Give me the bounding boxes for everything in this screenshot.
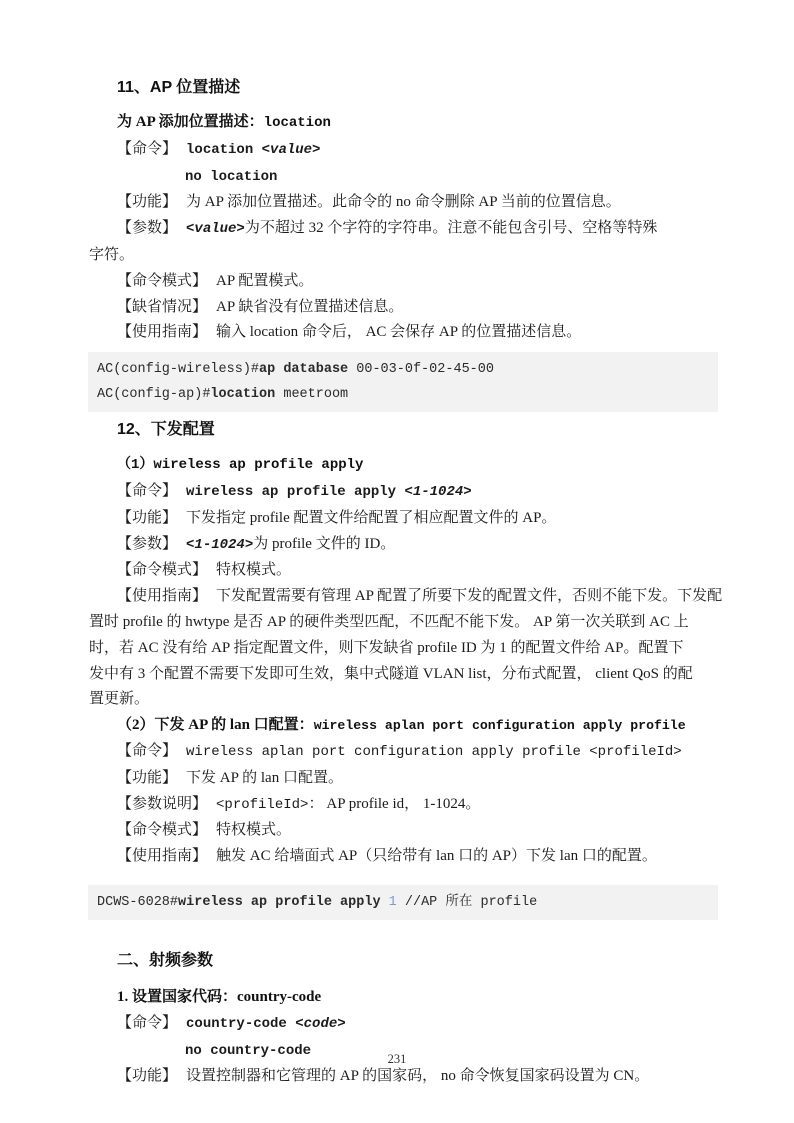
command-label: 【命令】 <box>117 483 177 499</box>
usage-guide-label: 【使用指南】 <box>117 848 207 864</box>
usage-guide-label: 【使用指南】 <box>117 588 207 604</box>
item-1-title-text: （1）wireless ap profile apply <box>117 457 363 473</box>
cli-argument: 00-03-0f-02-45-00 <box>356 362 494 377</box>
command-label: 【命令】 <box>117 1015 177 1031</box>
code-line: AC(config-ap)#location meetroom <box>97 382 712 407</box>
document-page: 11、AP 位置描述 为 AP 添加位置描述：location 【命令】loca… <box>0 0 794 1123</box>
command-mode-line: 【命令模式】特权模式。 <box>89 558 731 584</box>
usage-guide-line-2: 置时 profile 的 hwtype 是否 AP 的硬件类型匹配，不匹配不能下… <box>89 610 731 636</box>
usage-guide-text: 时，若 AC 没有给 AP 指定配置文件，则下发缺省 profile ID 为 … <box>89 640 683 656</box>
parameter-value: <profileId> <box>216 797 308 813</box>
command-mode-label: 【命令模式】 <box>117 273 207 289</box>
country-code-title: 1. 设置国家代码：country-code <box>89 985 731 1011</box>
parameter-value: <1-1024> <box>186 537 253 553</box>
function-label: 【功能】 <box>117 1068 177 1084</box>
usage-guide-label: 【使用指南】 <box>117 324 207 340</box>
parameter-label: 【参数】 <box>117 220 177 236</box>
command-line-country-code: 【命令】country-code <code> <box>89 1011 731 1038</box>
command-no-form-location: no location <box>89 164 731 191</box>
usage-guide-text: 置时 profile 的 hwtype 是否 AP 的硬件类型匹配，不匹配不能下… <box>89 614 689 630</box>
function-label: 【功能】 <box>117 510 177 526</box>
command-text: wireless ap profile apply <box>186 484 404 500</box>
command-line-profile-apply: 【命令】wireless ap profile apply <1-1024> <box>89 479 731 506</box>
command-mode-text: AP 配置模式。 <box>216 273 313 289</box>
parameter-line: 【参数】<1-1024>为 profile 文件的 ID。 <box>89 532 731 559</box>
command-line-location: 【命令】location <value> <box>89 137 731 164</box>
cli-comment: //AP 所在 profile <box>397 895 537 910</box>
parameter-text: 为不超过 32 个字符的字符串。注意不能包含引号、空格等特殊 <box>245 220 658 236</box>
country-code-title-command: country-code <box>237 989 321 1005</box>
parameter-label: 【参数说明】 <box>117 796 207 812</box>
section-11-heading: 11、AP 位置描述 <box>89 74 731 101</box>
default-line: 【缺省情况】AP 缺省没有位置描述信息。 <box>89 295 731 321</box>
parameter-line: 【参数】<value>为不超过 32 个字符的字符串。注意不能包含引号、空格等特… <box>89 216 731 243</box>
usage-guide-line-5: 置更新。 <box>89 687 731 713</box>
usage-guide-text: 输入 location 命令后， AC 会保存 AP 的位置描述信息。 <box>216 324 581 340</box>
subtitle-command-text: location <box>264 115 331 131</box>
cli-prompt: DCWS-6028# <box>97 895 178 910</box>
command-mode-line: 【命令模式】AP 配置模式。 <box>89 269 731 295</box>
usage-guide-line-4: 发中有 3 个配置不需要下发即可生效，集中式隧道 VLAN list，分布式配置… <box>89 662 731 688</box>
usage-guide-line: 【使用指南】触发 AC 给墙面式 AP（只给带有 lan 口的 AP）下发 la… <box>89 844 731 870</box>
cli-command: location <box>210 387 283 402</box>
code-line: DCWS-6028#wireless ap profile apply 1 //… <box>97 890 712 915</box>
default-label: 【缺省情况】 <box>117 299 207 315</box>
function-text: 下发 AP 的 lan 口配置。 <box>186 770 343 786</box>
cli-prompt: AC(config-wireless)# <box>97 362 259 377</box>
parameter-text: ： AP profile id， 1-1024。 <box>308 796 480 812</box>
usage-guide-line-3: 时，若 AC 没有给 AP 指定配置文件，则下发缺省 profile ID 为 … <box>89 636 731 662</box>
country-code-title-cjk: 1. 设置国家代码： <box>117 989 237 1005</box>
command-param: <1-1024> <box>404 484 471 500</box>
command-mode-text: 特权模式。 <box>216 822 291 838</box>
usage-guide-text: 下发配置需要有管理 AP 配置了所要下发的配置文件，否则不能下发。下发配 <box>216 588 722 604</box>
command-text: location <box>186 142 262 158</box>
usage-guide-text: 触发 AC 给墙面式 AP（只给带有 lan 口的 AP）下发 lan 口的配置… <box>216 848 657 864</box>
function-line: 【功能】下发 AP 的 lan 口配置。 <box>89 766 731 792</box>
command-mode-line: 【命令模式】特权模式。 <box>89 818 731 844</box>
function-line: 【功能】为 AP 添加位置描述。此命令的 no 命令删除 AP 当前的位置信息。 <box>89 190 731 216</box>
section-11-subtitle: 为 AP 添加位置描述：location <box>89 110 731 137</box>
command-param: <value> <box>262 142 321 158</box>
page-number: 231 <box>0 1052 794 1067</box>
parameter-continuation-text: 字符。 <box>89 247 134 263</box>
usage-guide-line-1: 【使用指南】下发配置需要有管理 AP 配置了所要下发的配置文件，否则不能下发。下… <box>89 584 731 610</box>
command-param: <code> <box>295 1016 345 1032</box>
command-mode-label: 【命令模式】 <box>117 562 207 578</box>
cli-argument: 1 <box>389 895 397 910</box>
parameter-line: 【参数说明】<profileId>： AP profile id， 1-1024… <box>89 792 731 819</box>
section-2-heading: 二、射频参数 <box>89 947 731 974</box>
code-line: AC(config-wireless)#ap database 00-03-0f… <box>97 357 712 382</box>
function-line: 【功能】下发指定 profile 配置文件给配置了相应配置文件的 AP。 <box>89 506 731 532</box>
parameter-continuation: 字符。 <box>89 243 731 269</box>
page-content: 11、AP 位置描述 为 AP 添加位置描述：location 【命令】loca… <box>89 74 731 1090</box>
subtitle-cjk-text: 为 AP 添加位置描述： <box>117 114 264 130</box>
parameter-label: 【参数】 <box>117 536 177 552</box>
item-1-title: （1）wireless ap profile apply <box>89 452 731 479</box>
item-2-title-command: wireless aplan port configuration apply … <box>314 718 686 733</box>
command-text: wireless aplan port configuration apply … <box>186 744 682 760</box>
code-block-profile-apply-example: DCWS-6028#wireless ap profile apply 1 //… <box>88 885 718 920</box>
command-line-aplan: 【命令】wireless aplan port configuration ap… <box>89 739 731 766</box>
command-text: country-code <box>186 1016 295 1032</box>
function-line: 【功能】设置控制器和它管理的 AP 的国家码， no 命令恢复国家码设置为 CN… <box>89 1064 731 1090</box>
cli-prompt: AC(config-ap)# <box>97 387 210 402</box>
usage-guide-text: 置更新。 <box>89 691 149 707</box>
function-label: 【功能】 <box>117 194 177 210</box>
function-text: 设置控制器和它管理的 AP 的国家码， no 命令恢复国家码设置为 CN。 <box>186 1068 649 1084</box>
command-mode-label: 【命令模式】 <box>117 822 207 838</box>
function-text: 下发指定 profile 配置文件给配置了相应配置文件的 AP。 <box>186 510 556 526</box>
function-text: 为 AP 添加位置描述。此命令的 no 命令删除 AP 当前的位置信息。 <box>186 194 621 210</box>
cli-command: wireless ap profile apply <box>178 895 389 910</box>
cli-command: ap database <box>259 362 356 377</box>
command-label: 【命令】 <box>117 141 177 157</box>
command-no-form-text: no location <box>185 169 277 185</box>
function-label: 【功能】 <box>117 770 177 786</box>
default-text: AP 缺省没有位置描述信息。 <box>216 299 403 315</box>
parameter-value: <value> <box>186 221 245 237</box>
cli-argument: meetroom <box>283 387 348 402</box>
section-12-heading: 12、下发配置 <box>89 416 731 443</box>
item-2-title: （2）下发 AP 的 lan 口配置：wireless aplan port c… <box>89 713 731 739</box>
parameter-text: 为 profile 文件的 ID。 <box>253 536 395 552</box>
command-mode-text: 特权模式。 <box>216 562 291 578</box>
usage-guide-line: 【使用指南】输入 location 命令后， AC 会保存 AP 的位置描述信息… <box>89 320 731 346</box>
item-2-title-cjk: （2）下发 AP 的 lan 口配置： <box>117 717 314 733</box>
usage-guide-text: 发中有 3 个配置不需要下发即可生效，集中式隧道 VLAN list，分布式配置… <box>89 666 693 682</box>
code-block-location-example: AC(config-wireless)#ap database 00-03-0f… <box>88 352 718 412</box>
command-label: 【命令】 <box>117 743 177 759</box>
